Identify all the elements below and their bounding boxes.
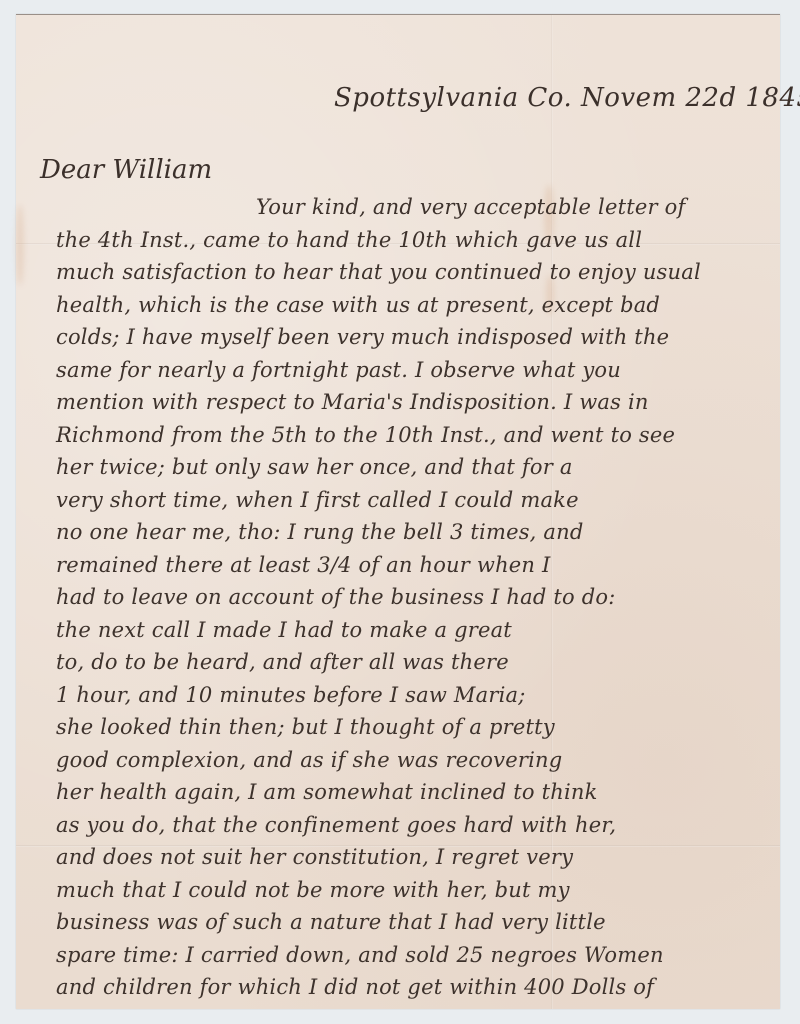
- letter-line: and children for which I did not get wit…: [56, 975, 654, 999]
- dateline: Spottsylvania Co. Novem 22d 1845.: [334, 83, 800, 113]
- letter-line: no one hear me, tho: I rung the bell 3 t…: [56, 520, 584, 544]
- letter-line: much satisfaction to hear that you conti…: [56, 260, 701, 284]
- letter-line: good complexion, and as if she was recov…: [56, 748, 562, 772]
- letter-line: the 4th Inst., came to hand the 10th whi…: [56, 228, 642, 252]
- letter-line: colds; I have myself been very much indi…: [56, 325, 669, 349]
- letter-line: her health again, I am somewhat inclined…: [56, 780, 598, 804]
- letter-line: spare time: I carried down, and sold 25 …: [56, 943, 664, 967]
- letter-line: mention with respect to Maria's Indispos…: [56, 390, 649, 414]
- letter-line: as you do, that the confinement goes har…: [56, 813, 616, 837]
- letter-line: Richmond from the 5th to the 10th Inst.,…: [56, 423, 675, 447]
- letter-line: much that I could not be more with her, …: [56, 878, 570, 902]
- letter-line: her twice; but only saw her once, and th…: [56, 455, 573, 479]
- letter-line: same for nearly a fortnight past. I obse…: [56, 358, 621, 382]
- letter-line: and does not suit her constitution, I re…: [56, 845, 573, 869]
- letter-line: to, do to be heard, and after all was th…: [56, 650, 509, 674]
- letter-sheet: Spottsylvania Co. Novem 22d 1845. Dear W…: [16, 14, 780, 1009]
- letter-line: business was of such a nature that I had…: [56, 910, 606, 934]
- letter-line: health, which is the case with us at pre…: [56, 293, 660, 317]
- letter-line: had to leave on account of the business …: [56, 585, 616, 609]
- salutation: Dear William: [40, 155, 212, 185]
- scan-background: Spottsylvania Co. Novem 22d 1845. Dear W…: [0, 0, 800, 1024]
- letter-line: very short time, when I first called I c…: [56, 488, 579, 512]
- letter-line: 1 hour, and 10 minutes before I saw Mari…: [56, 683, 526, 707]
- letter-line: the next call I made I had to make a gre…: [56, 618, 512, 642]
- letter-line: she looked thin then; but I thought of a…: [56, 715, 555, 739]
- letter-line: Your kind, and very acceptable letter of: [256, 195, 685, 219]
- handwritten-letter: Spottsylvania Co. Novem 22d 1845. Dear W…: [16, 15, 780, 1009]
- letter-line: remained there at least 3/4 of an hour w…: [56, 553, 551, 577]
